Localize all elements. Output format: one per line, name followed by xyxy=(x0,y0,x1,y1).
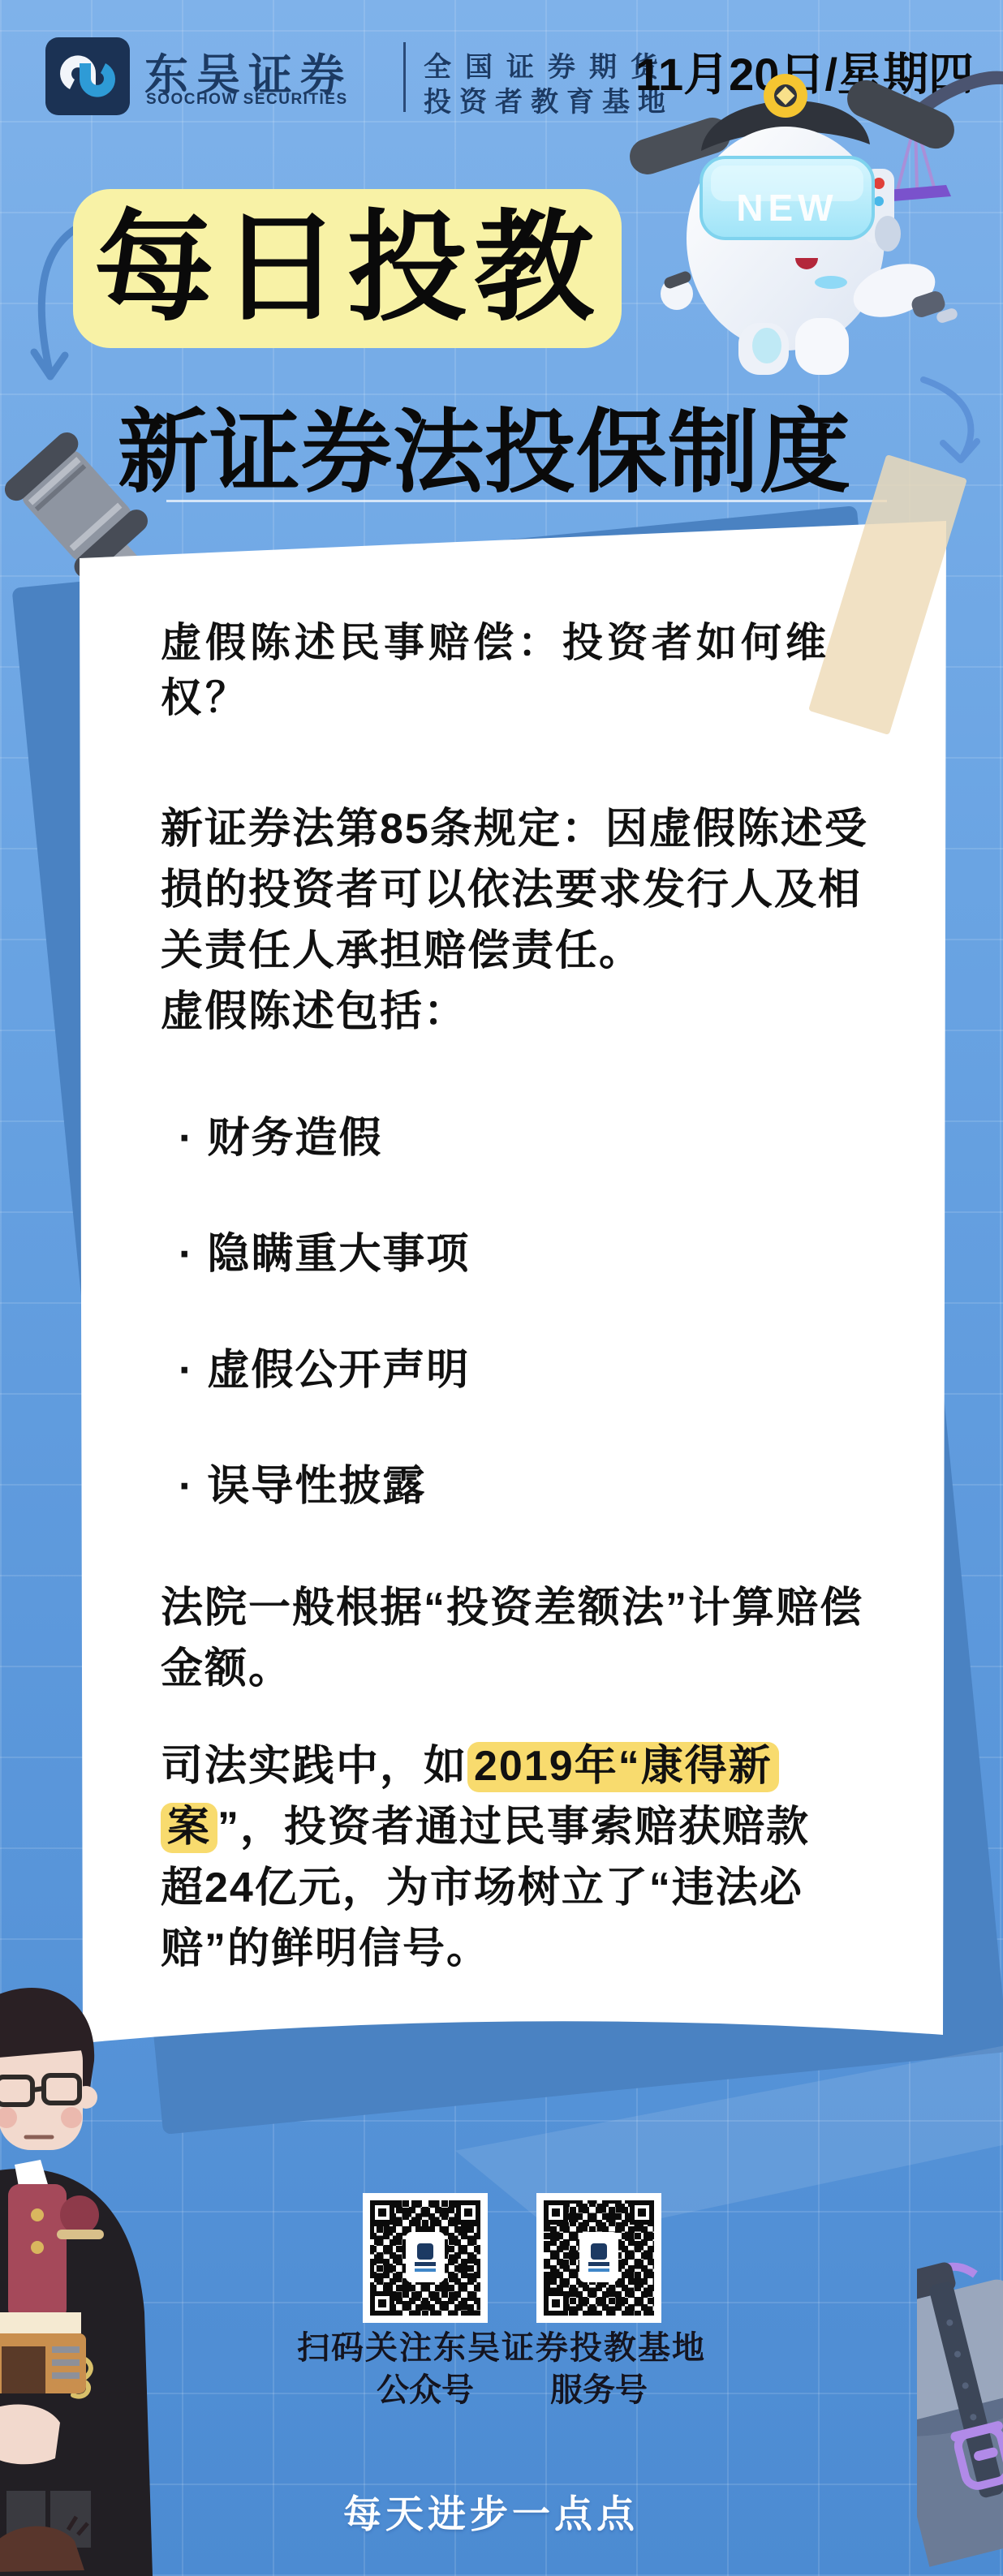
brand-name-en: SOOCHOW SECURITIES xyxy=(146,91,348,109)
bullet-text: 误导性披露 xyxy=(207,1463,426,1510)
daily-badge: 每日投教 xyxy=(73,189,622,348)
page-title: 新证券法投保制度 xyxy=(118,380,889,510)
list-item: ·误导性披露 xyxy=(179,1456,893,1517)
card-paragraph-law85: 新证券法第85条规定：因虚假陈述受损的投资者可以依法要求发行人及相关责任人承担赔… xyxy=(161,799,891,982)
card-paragraph-case: 司法实践中，如2019年“康得新案”，投资者通过民事索赔获赔款超24亿元，为市场… xyxy=(161,1736,839,1980)
list-item: ·隐瞒重大事项 xyxy=(179,1224,893,1285)
qr-center-logo xyxy=(407,2234,443,2281)
qr-code-left xyxy=(363,2193,488,2323)
bullet-text: 虚假公开声明 xyxy=(207,1347,470,1394)
bullet-dot: · xyxy=(179,1463,194,1510)
svg-text:NEW: NEW xyxy=(736,187,837,229)
qr-finder xyxy=(544,2200,568,2225)
bullet-text: 隐瞒重大事项 xyxy=(207,1231,470,1278)
bullet-dot: · xyxy=(179,1115,194,1162)
footer-slogan: 每天进步一点点 xyxy=(0,2484,982,2539)
card-paragraph-court: 法院一般根据“投资差额法”计算赔偿金额。 xyxy=(161,1578,891,1700)
qr-finder xyxy=(544,2291,568,2316)
brand-logo-icon xyxy=(45,37,130,115)
bullet-dot: · xyxy=(179,1231,194,1278)
poster: 东吴证券 SOOCHOW SECURITIES 全国证券期货 投资者教育基地 1… xyxy=(0,0,1003,2576)
robot-mascot-icon: NEW xyxy=(626,54,967,382)
card-heading: 虚假陈述民事赔偿：投资者如何维权？ xyxy=(161,615,891,725)
bullet-list: ·财务造假 ·隐瞒重大事项 ·虚假公开声明 ·误导性披露 xyxy=(179,1108,893,1572)
list-item: ·虚假公开声明 xyxy=(179,1340,893,1401)
arrow-right-icon xyxy=(915,373,997,471)
title-underline xyxy=(166,500,887,502)
qr-finder xyxy=(630,2200,654,2225)
list-item: ·财务造假 xyxy=(179,1108,893,1169)
qr-finder xyxy=(370,2200,394,2225)
qr-code-right xyxy=(536,2193,661,2323)
bullet-dot: · xyxy=(179,1347,194,1394)
qr-finder xyxy=(370,2291,394,2316)
qr-label-public: 公众号 xyxy=(363,2364,488,2410)
qr-caption: 扫码关注东吴证券投教基地 xyxy=(0,2322,1003,2368)
bullet-text: 财务造假 xyxy=(207,1115,382,1162)
card-paragraph-includes: 虚假陈述包括： xyxy=(161,982,891,1043)
header-divider xyxy=(403,42,406,112)
qr-center-logo xyxy=(581,2234,617,2281)
qr-label-service: 服务号 xyxy=(532,2364,666,2410)
qr-finder xyxy=(456,2200,480,2225)
